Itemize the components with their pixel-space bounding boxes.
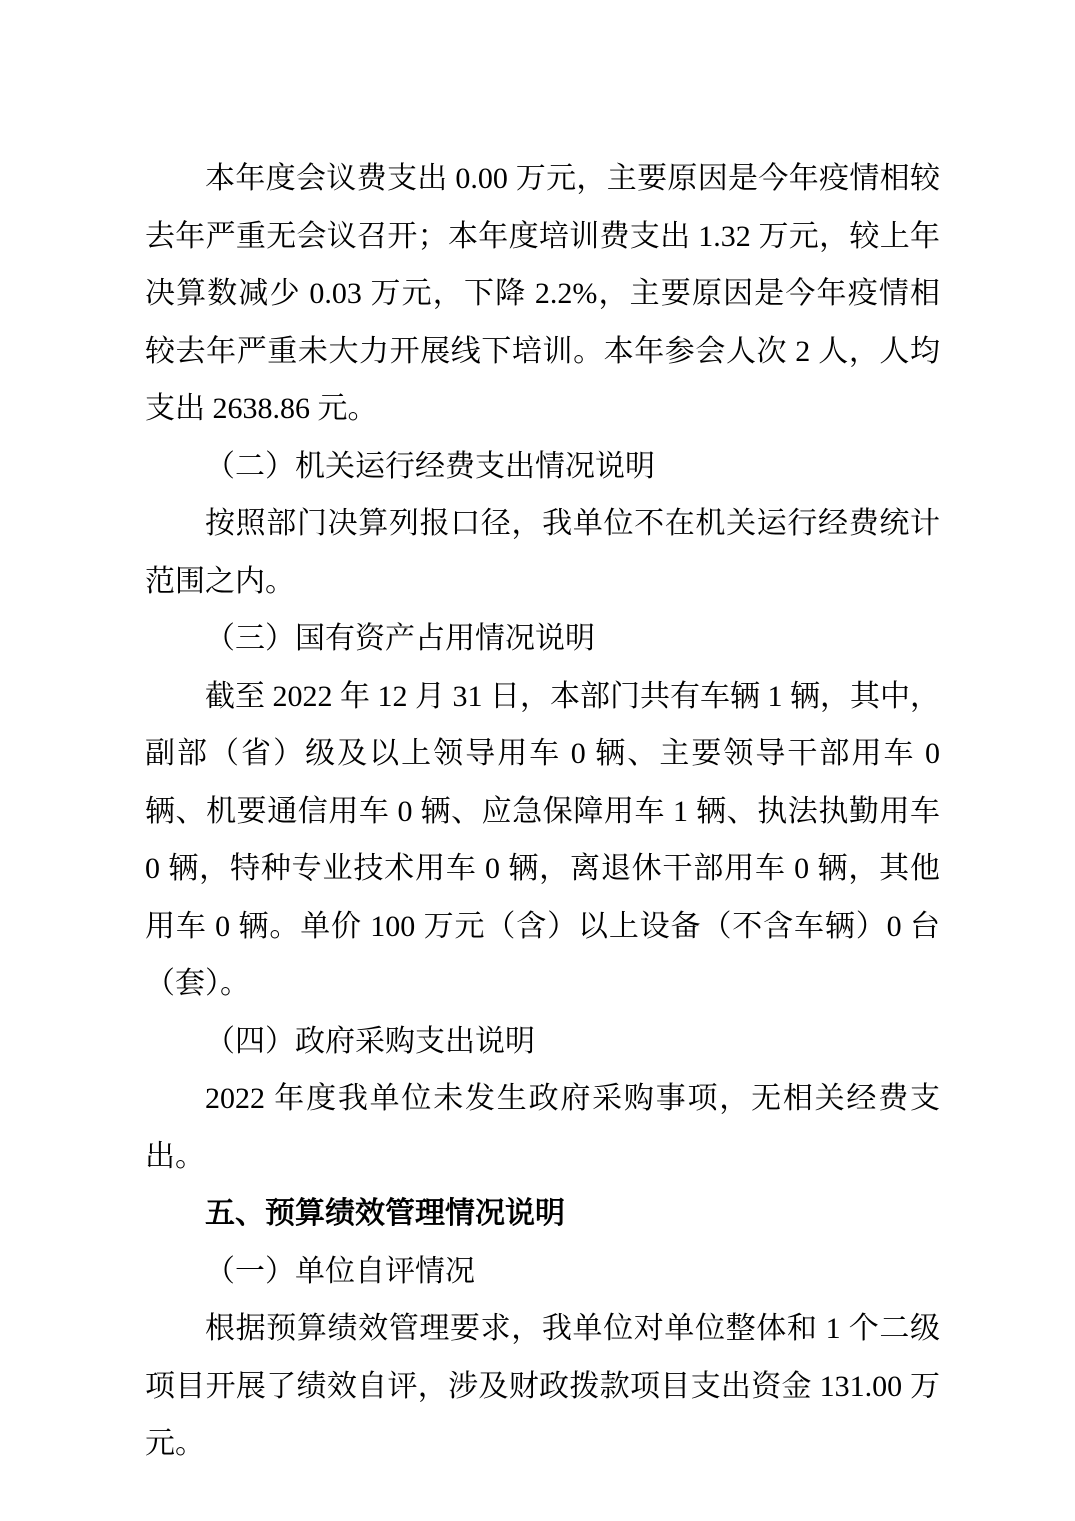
subsection-heading: （一）单位自评情况	[145, 1243, 940, 1301]
subsection-heading: （二）机关运行经费支出情况说明	[145, 438, 940, 496]
body-paragraph: 截至 2022 年 12 月 31 日，本部门共有车辆 1 辆，其中，副部（省）…	[145, 668, 940, 1013]
subsection-heading: （四）政府采购支出说明	[145, 1013, 940, 1071]
document-content: 本年度会议费支出 0.00 万元，主要原因是今年疫情相较去年严重无会议召开；本年…	[145, 150, 940, 1473]
document-page: 本年度会议费支出 0.00 万元，主要原因是今年疫情相较去年严重无会议召开；本年…	[0, 0, 1075, 1521]
body-paragraph: 根据预算绩效管理要求，我单位对单位整体和 1 个二级项目开展了绩效自评，涉及财政…	[145, 1300, 940, 1473]
section-heading: 五、预算绩效管理情况说明	[145, 1185, 940, 1243]
body-paragraph: 按照部门决算列报口径，我单位不在机关运行经费统计范围之内。	[145, 495, 940, 610]
body-paragraph: 2022 年度我单位未发生政府采购事项，无相关经费支出。	[145, 1070, 940, 1185]
body-paragraph: 本年度会议费支出 0.00 万元，主要原因是今年疫情相较去年严重无会议召开；本年…	[145, 150, 940, 438]
subsection-heading: （三）国有资产占用情况说明	[145, 610, 940, 668]
